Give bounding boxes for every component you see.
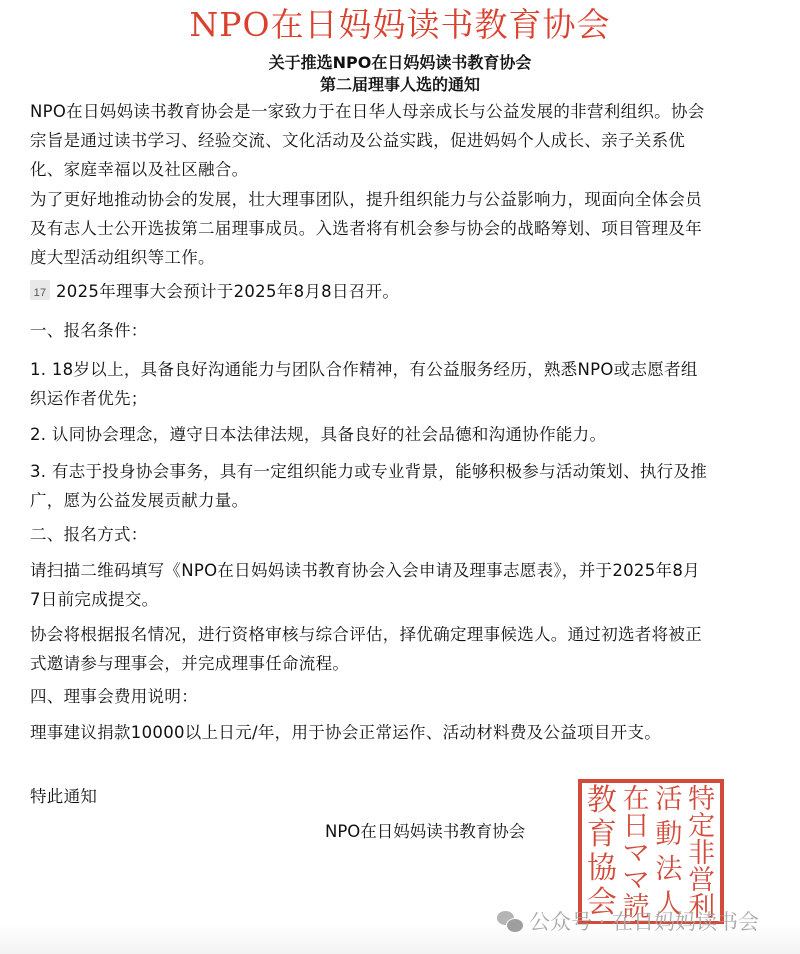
requirement-item-3: 3. 有志于投身协会事务，具有一定组织能力或专业背景，能够积极参与活动策划、执行… bbox=[30, 457, 710, 515]
seal-character: 活 bbox=[655, 786, 682, 813]
watermark-text: 公众号 · 在日妈妈读书会 bbox=[529, 908, 759, 936]
seal-character: 動 bbox=[655, 821, 682, 848]
organization-title: NPO在日妈妈读书教育协会 bbox=[0, 4, 800, 46]
seal-character: 協 bbox=[587, 854, 617, 884]
subtitle-line-2: 第二届理事人选的通知 bbox=[0, 74, 800, 96]
section-heading-requirements: 一、报名条件： bbox=[30, 316, 710, 345]
seal-character: 非 bbox=[688, 840, 715, 867]
wechat-watermark: 公众号 · 在日妈妈读书会 bbox=[497, 908, 759, 936]
seal-character: 法 bbox=[655, 856, 682, 883]
seal-character: 育 bbox=[587, 820, 617, 850]
intro-paragraph: NPO在日妈妈读书教育协会是一家致力于在日华人母亲成长与公益发展的非营利组织。协… bbox=[30, 97, 710, 184]
requirement-item-2: 2. 认同协会理念，遵守日本法律法规，具备良好的社会品德和沟通协作能力。 bbox=[30, 420, 710, 449]
requirement-item-1: 1. 18岁以上，具备良好沟通能力与团队合作精神，有公益服务经历，熟悉NPO或志… bbox=[30, 355, 710, 413]
seal-character: マ bbox=[623, 867, 650, 894]
seal-column-1: 特定非営利 bbox=[688, 786, 715, 918]
subtitle-line-1: 关于推选NPO在日妈妈读书教育协会 bbox=[0, 52, 800, 74]
seal-column-2: 活動法人 bbox=[655, 786, 682, 918]
seal-character: 日 bbox=[623, 813, 650, 840]
seal-column-4: 教育協会 bbox=[587, 786, 617, 918]
seal-character: 営 bbox=[688, 867, 715, 894]
organization-seal: 特定非営利 活動法人 在日ママ読書 教育協会 bbox=[578, 779, 724, 925]
seal-character: 定 bbox=[688, 813, 715, 840]
seal-character: マ bbox=[623, 840, 650, 867]
application-item-2: 协会将根据报名情况，进行资格审核与综合评估，择优确定理事候选人。通过初选者将被正… bbox=[30, 620, 710, 678]
meeting-notice-text: 2025年理事大会预计于2025年8月8日召开。 bbox=[56, 282, 399, 301]
application-item-1: 请扫描二维码填写《NPO在日妈妈读书教育协会入会申请及理事志愿表》，并于2025… bbox=[30, 556, 710, 614]
calendar-icon: 17 bbox=[30, 280, 50, 300]
fees-item-1: 理事建议捐款10000以上日元/年，用于协会正常运作、活动材料费及公益项目开支。 bbox=[30, 718, 710, 747]
seal-column-3: 在日ママ読書 bbox=[623, 786, 650, 918]
purpose-paragraph: 为了更好地推动协会的发展，壮大理事团队，提升组织能力与公益影响力，现面向全体会员… bbox=[30, 185, 710, 272]
signature: NPO在日妈妈读书教育协会 bbox=[325, 820, 525, 844]
seal-character: 在 bbox=[623, 786, 650, 813]
seal-character: 特 bbox=[688, 786, 715, 813]
seal-character: 教 bbox=[587, 786, 617, 816]
meeting-notice: 17 2025年理事大会预计于2025年8月8日召开。 bbox=[30, 277, 710, 306]
section-heading-application: 二、报名方式： bbox=[30, 520, 710, 549]
wechat-icon bbox=[497, 911, 523, 933]
section-heading-fees: 四、理事会费用说明： bbox=[30, 682, 710, 711]
